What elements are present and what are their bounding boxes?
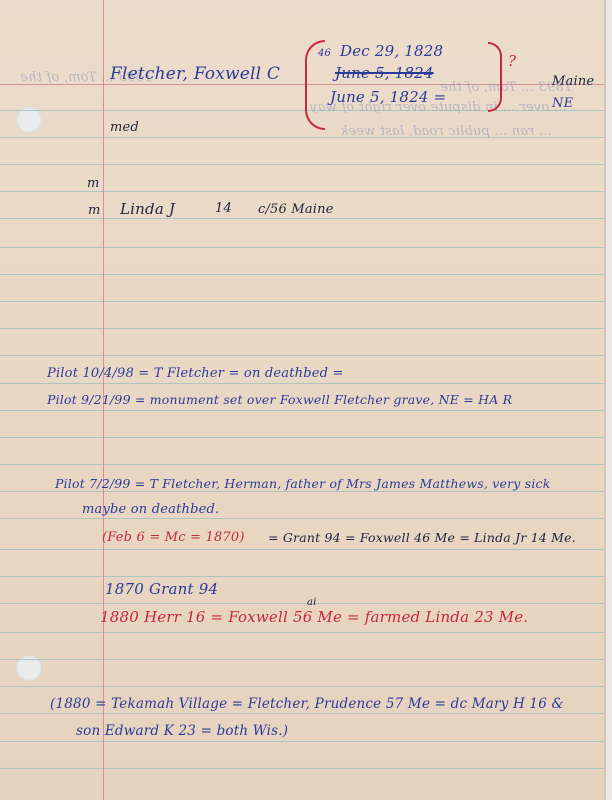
footer-line-2: son Edward K 23 = both Wis.) (76, 723, 288, 739)
ruled-line (0, 464, 606, 465)
note-pilot-3a: Pilot 7/2/99 = T Fletcher, Herman, fathe… (55, 476, 551, 491)
ruled-line (0, 576, 606, 577)
bleed-through-line-3: ... ran ... public road, last week (340, 124, 552, 139)
ruled-line (0, 355, 606, 356)
ruled-line (0, 768, 606, 769)
ruled-line (0, 491, 606, 492)
state-abbr: NE (552, 96, 573, 111)
state-label: Maine (552, 74, 594, 89)
note-pilot-2: Pilot 9/21/99 = monument set over Foxwel… (47, 392, 512, 407)
census-1880-line: 1880 Herr 16 = Foxwell 56 Me = farmed Li… (100, 608, 528, 626)
question-mark: ? (508, 52, 516, 70)
birth-date-1: Dec 29, 1828 (340, 42, 443, 60)
census-1870-red: (Feb 6 = Mc = 1870) (102, 530, 245, 545)
ruled-line (0, 191, 606, 192)
footer-line-1: (1880 = Tekamah Village = Fletcher, Prud… (50, 696, 564, 712)
note-pilot-3b: maybe on deathbed. (82, 502, 219, 517)
notebook-page: 1893 ... Tom, of the 1893 ... Tom, of th… (0, 0, 606, 800)
red-bracket-right (488, 42, 502, 112)
ruled-line (0, 713, 606, 714)
spouse-marker: m (87, 176, 100, 191)
ruled-line (0, 632, 606, 633)
sub-label-med: med (110, 120, 139, 135)
paper-edge (604, 0, 606, 800)
person-name: Fletcher, Foxwell C (110, 64, 280, 84)
ruled-line (0, 164, 606, 165)
ruled-line (0, 383, 606, 384)
annotation-46: 46 (318, 48, 331, 59)
birth-date-3: June 5, 1824 = (330, 88, 446, 106)
birth-date-struck: June 5, 1824 (335, 64, 434, 82)
mark-ai: ai (307, 597, 317, 608)
ruled-line (0, 410, 606, 411)
note-pilot-1: Pilot 10/4/98 = T Fletcher = on deathbed… (47, 366, 344, 381)
ruled-line (0, 247, 606, 248)
child-name: Linda J (120, 200, 175, 218)
child-age: 14 (215, 201, 232, 216)
ruled-line (0, 218, 606, 219)
ruled-line (0, 549, 606, 550)
ruled-line (0, 274, 606, 275)
ruled-line (0, 659, 606, 660)
child-note: c/56 Maine (258, 202, 334, 217)
ruled-line (0, 741, 606, 742)
ruled-line (0, 301, 606, 302)
census-1870-line: 1870 Grant 94 (105, 580, 218, 598)
ruled-line (0, 518, 606, 519)
ruled-line (0, 603, 606, 604)
ruled-line (0, 437, 606, 438)
ruled-line (0, 328, 606, 329)
census-1870-dark: = Grant 94 = Foxwell 46 Me = Linda Jr 14… (268, 530, 576, 545)
child-marker: m (88, 203, 101, 218)
ruled-line (0, 686, 606, 687)
